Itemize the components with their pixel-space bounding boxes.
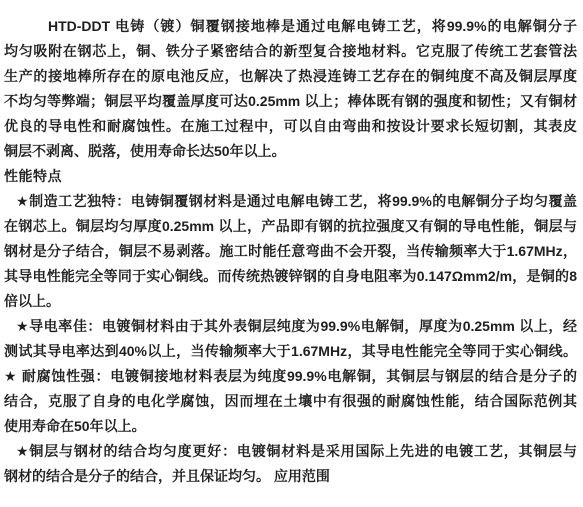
feature-corrosion-resistance-line: 结合，克服了自身的电化学腐蚀，因而埋在土壤中有很强的耐腐蚀性能，结合国际范例其 (4, 389, 577, 414)
feature-conductivity-line: ★导电率佳：电镀铜材料由于其外表铜层纯度为99.9%电解铜，厚度为0.25mm … (4, 314, 577, 339)
document-page: HTD-DDT 电铸（镀）铜覆钢接地棒是通过电解电铸工艺，将99.9%的电解铜分… (0, 0, 583, 507)
intro-paragraph-line: 生产的接地棒所存在的原电池反应，也解决了热浸连铸工艺存在的铜纯度不高及铜层厚度 (4, 64, 577, 89)
intro-paragraph-line: 铜层不剥离、脱落，使用寿命长达50年以上。 (4, 139, 577, 164)
intro-paragraph-line: HTD-DDT 电铸（镀）铜覆钢接地棒是通过电解电铸工艺，将99.9%的电解铜分… (4, 14, 577, 39)
feature-manufacturing-line: 钢材是分子结合，铜层不易剥落。施工时能任意弯曲不会开裂，当传输频率大于1.67M… (4, 239, 577, 264)
feature-manufacturing-line: 其导电性能完全等同于实心铜线。而传统热镀锌钢的自身电阻率为0.147Ωmm2/m… (4, 264, 577, 289)
feature-bonding-uniformity-line: 钢材的结合是分子的结合，并且保证均匀。 应用范围 (4, 464, 577, 489)
intro-paragraph-line: 优良的导电性和耐腐蚀性。在施工过程中，可以自由弯曲和按设计要求长短切割，其表皮 (4, 114, 577, 139)
feature-bonding-uniformity-line: ★铜层与钢材的结合均匀度更好：电镀铜材料是采用国际上先进的电镀工艺，其铜层与 (4, 439, 577, 464)
feature-manufacturing-line: 在钢芯上。铜层均匀厚度0.25mm 以上，产品即有钢的抗拉强度又有铜的导电性能，… (4, 214, 577, 239)
feature-manufacturing-line: ★制造工艺独特：电铸铜覆钢材料是通过电解电铸工艺，将99.9%的电解铜分子均匀覆… (4, 189, 577, 214)
intro-paragraph-line: 不均匀等弊端；铜层平均覆盖厚度可达0.25mm 以上；棒体既有钢的强度和韧性；又… (4, 89, 577, 114)
feature-manufacturing-line: 倍以上。 (4, 289, 577, 314)
feature-conductivity-line: 测试其导电率达到40%以上，当传输频率大于1.67MHz，其导电性能完全等同于实… (4, 339, 577, 364)
feature-corrosion-resistance-line: 使用寿命在50年以上。 (4, 414, 577, 439)
section-heading-performance-features: 性能特点 (4, 164, 577, 189)
intro-paragraph-line: 均匀吸附在钢芯上，铜、铁分子紧密结合的新型复合接地材料。它克服了传统工艺套管法 (4, 39, 577, 64)
feature-corrosion-resistance-line: ★ 耐腐蚀性强：电镀铜接地材料表层为纯度99.9%电解铜，其铜层与钢层的结合是分… (4, 364, 577, 389)
